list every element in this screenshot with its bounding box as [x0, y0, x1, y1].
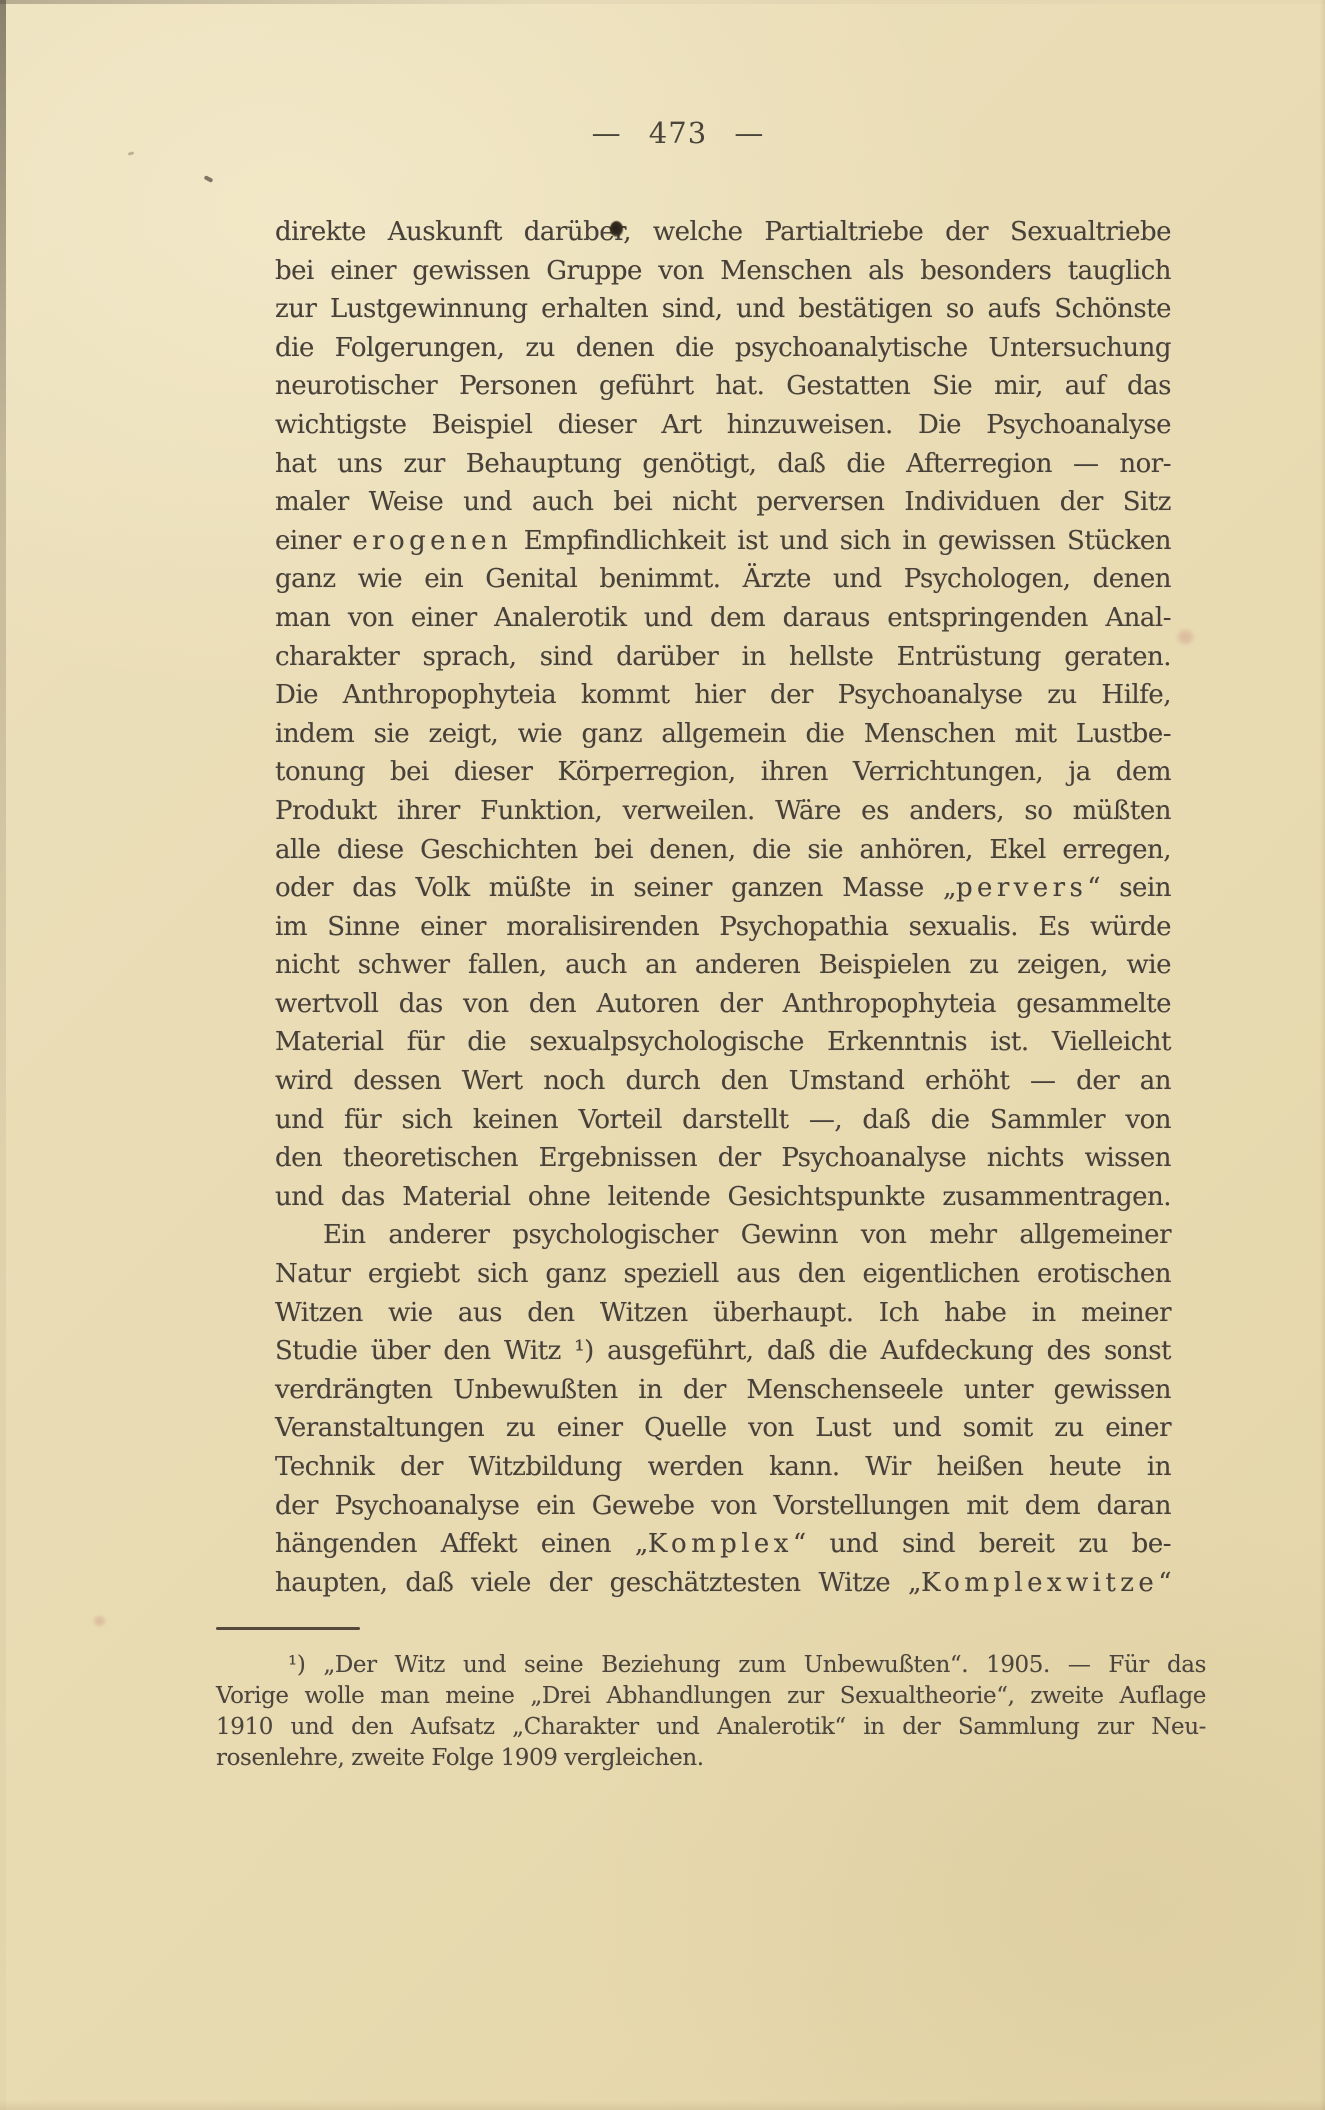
text-line: zur Lustgewinnung erhalten sind, und bes…: [275, 290, 1171, 329]
text-line: oder das Volk müßte in seiner ganzen Mas…: [275, 869, 1171, 908]
text-segment: 1910 und den Aufsatz „Charakter und Anal…: [216, 1714, 1206, 1740]
text-segment: bei einer gewissen Gruppe von Menschen a…: [275, 256, 1171, 286]
text-segment: und für sich keinen Vorteil darstellt —,…: [275, 1105, 1171, 1135]
text-line: Material für die sexualpsychologische Er…: [275, 1023, 1171, 1062]
text-line: hängenden Affekt einen „Komplex“ und sin…: [275, 1525, 1171, 1564]
page-edge-bottom: [0, 2100, 1325, 2110]
text-line: wichtigste Beispiel dieser Art hinzuweis…: [275, 406, 1171, 445]
text-line: charakter sprach, sind darüber in hellst…: [275, 638, 1171, 677]
text-segment: hat uns zur Behauptung genötigt, daß die…: [275, 449, 1171, 479]
text-line: Vorige wolle man meine „Drei Abhandlunge…: [216, 1681, 1206, 1712]
text-segment: haupten, daß viele der geschätztesten Wi…: [275, 1568, 921, 1598]
text-segment: wertvoll das von den Autoren der Anthrop…: [275, 989, 1171, 1019]
text-segment: Technik der Witzbildung werden kann. Wir…: [275, 1452, 1171, 1482]
ink-blot-stain: [610, 221, 623, 237]
text-segment: ¹) „Der Witz und seine Beziehung zum Unb…: [288, 1652, 1206, 1678]
text-line: bei einer gewissen Gruppe von Menschen a…: [275, 252, 1171, 291]
text-segment: Natur ergiebt sich ganz speziell aus den…: [275, 1259, 1171, 1289]
text-line: Natur ergiebt sich ganz speziell aus den…: [275, 1255, 1171, 1294]
text-line: ¹) „Der Witz und seine Beziehung zum Unb…: [216, 1650, 1206, 1681]
text-segment: man von einer Analerotik und dem daraus …: [275, 603, 1171, 633]
text-segment: alle diese Geschichten bei denen, die si…: [275, 835, 1171, 865]
text-line: nicht schwer fallen, auch an anderen Bei…: [275, 946, 1171, 985]
text-line: Studie über den Witz ¹) ausgeführt, daß …: [275, 1332, 1171, 1371]
text-line: Technik der Witzbildung werden kann. Wir…: [275, 1448, 1171, 1487]
text-line: wertvoll das von den Autoren der Anthrop…: [275, 985, 1171, 1024]
text-line: alle diese Geschichten bei denen, die si…: [275, 831, 1171, 870]
text-line: hat uns zur Behauptung genötigt, daß die…: [275, 445, 1171, 484]
page-number: — 473 —: [230, 116, 1126, 150]
main-text-block: direkte Auskunft darüber, welche Partial…: [275, 213, 1171, 1602]
text-segment: direkte Auskunft darüber, welche Partial…: [275, 217, 1171, 247]
text-segment: Ein anderer psychologischer Gewinn von m…: [323, 1220, 1171, 1250]
text-line: im Sinne einer moralisirenden Psychopath…: [275, 908, 1171, 947]
footnote-block: ¹) „Der Witz und seine Beziehung zum Unb…: [216, 1650, 1206, 1774]
paper-speck: [94, 1616, 105, 1626]
text-segment: die Folgerungen, zu denen die psychoanal…: [275, 333, 1171, 363]
emphasized-text: erogenen: [352, 526, 512, 556]
text-line: der Psychoanalyse ein Gewebe von Vorstel…: [275, 1487, 1171, 1526]
text-segment: rosenlehre, zweite Folge 1909 vergleiche…: [216, 1745, 704, 1771]
text-line: ganz wie ein Genital benimmt. Ärzte und …: [275, 560, 1171, 599]
text-line: und für sich keinen Vorteil darstellt —,…: [275, 1101, 1171, 1140]
text-line: tonung bei dieser Körperregion, ihren Ve…: [275, 753, 1171, 792]
text-line: indem sie zeigt, wie ganz allgemein die …: [275, 715, 1171, 754]
text-segment: Produkt ihrer Funktion, verweilen. Wäre …: [275, 796, 1171, 826]
text-segment: hängenden Affekt einen „: [275, 1529, 648, 1559]
text-segment: zur Lustgewinnung erhalten sind, und bes…: [275, 294, 1171, 324]
text-segment: Material für die sexualpsychologische Er…: [275, 1027, 1171, 1057]
text-segment: wichtigste Beispiel dieser Art hinzuweis…: [275, 410, 1171, 440]
footnote-separator-rule: [216, 1627, 360, 1630]
text-segment: maler Weise und auch bei nicht perversen…: [275, 487, 1171, 517]
paper-speck: [204, 175, 214, 183]
text-line: verdrängten Unbewußten in der Menschense…: [275, 1371, 1171, 1410]
text-segment: wird dessen Wert noch durch den Umstand …: [275, 1066, 1171, 1096]
text-line: einer erogenen Empfindlichkeit ist und s…: [275, 522, 1171, 561]
text-segment: ganz wie ein Genital benimmt. Ärzte und …: [275, 564, 1171, 594]
text-segment: nicht schwer fallen, auch an anderen Bei…: [275, 950, 1171, 980]
text-line: Ein anderer psychologischer Gewinn von m…: [275, 1216, 1171, 1255]
text-segment: neurotischer Personen geführt hat. Gesta…: [275, 371, 1171, 401]
text-line: rosenlehre, zweite Folge 1909 vergleiche…: [216, 1743, 1206, 1774]
text-segment: und das Material ohne leitende Gesichtsp…: [275, 1182, 1171, 1212]
text-segment: “ sein: [1087, 873, 1171, 903]
text-segment: oder das Volk müßte in seiner ganzen Mas…: [275, 873, 956, 903]
page-edge-top: [0, 0, 1325, 4]
page-edge-left: [0, 0, 6, 2110]
paper-speck: [1178, 630, 1193, 644]
text-line: die Folgerungen, zu denen die psychoanal…: [275, 329, 1171, 368]
text-line: wird dessen Wert noch durch den Umstand …: [275, 1062, 1171, 1101]
text-line: Veranstaltungen zu einer Quelle von Lust…: [275, 1409, 1171, 1448]
text-line: Produkt ihrer Funktion, verweilen. Wäre …: [275, 792, 1171, 831]
text-segment: Veranstaltungen zu einer Quelle von Lust…: [275, 1413, 1171, 1443]
text-segment: Witzen wie aus den Witzen überhaupt. Ich…: [275, 1298, 1171, 1328]
text-segment: “ und sind bereit zu be-: [793, 1529, 1171, 1559]
text-line: man von einer Analerotik und dem daraus …: [275, 599, 1171, 638]
text-line: direkte Auskunft darüber, welche Partial…: [275, 213, 1171, 252]
paper-speck: [128, 151, 135, 155]
text-segment: Die Anthropophyteia kommt hier der Psych…: [275, 680, 1171, 710]
text-segment: “: [1158, 1568, 1171, 1598]
text-segment: tonung bei dieser Körperregion, ihren Ve…: [275, 757, 1171, 787]
emphasized-text: Komplexwitze: [921, 1568, 1158, 1598]
text-line: den theoretischen Ergebnissen der Psycho…: [275, 1139, 1171, 1178]
text-segment: charakter sprach, sind darüber in hellst…: [275, 642, 1171, 672]
text-segment: Empfindlichkeit ist und sich in gewissen…: [512, 526, 1171, 556]
emphasized-text: pervers: [956, 873, 1087, 903]
text-segment: Vorige wolle man meine „Drei Abhandlunge…: [216, 1683, 1206, 1709]
page-edge-right: [1320, 0, 1325, 2110]
text-line: und das Material ohne leitende Gesichtsp…: [275, 1178, 1171, 1217]
text-segment: den theoretischen Ergebnissen der Psycho…: [275, 1143, 1171, 1173]
book-page: { "colors": { "paper": "#e9dcb4", "ink":…: [0, 0, 1325, 2110]
text-segment: Studie über den Witz ¹) ausgeführt, daß …: [275, 1336, 1171, 1366]
text-line: maler Weise und auch bei nicht perversen…: [275, 483, 1171, 522]
text-segment: der Psychoanalyse ein Gewebe von Vorstel…: [275, 1491, 1171, 1521]
text-line: neurotischer Personen geführt hat. Gesta…: [275, 367, 1171, 406]
text-segment: indem sie zeigt, wie ganz allgemein die …: [275, 719, 1171, 749]
text-segment: verdrängten Unbewußten in der Menschense…: [275, 1375, 1171, 1405]
text-segment: einer: [275, 526, 352, 556]
text-line: Die Anthropophyteia kommt hier der Psych…: [275, 676, 1171, 715]
text-segment: im Sinne einer moralisirenden Psychopath…: [275, 912, 1171, 942]
text-line: Witzen wie aus den Witzen überhaupt. Ich…: [275, 1294, 1171, 1333]
text-line: haupten, daß viele der geschätztesten Wi…: [275, 1564, 1171, 1603]
emphasized-text: Komplex: [648, 1529, 793, 1559]
text-line: 1910 und den Aufsatz „Charakter und Anal…: [216, 1712, 1206, 1743]
